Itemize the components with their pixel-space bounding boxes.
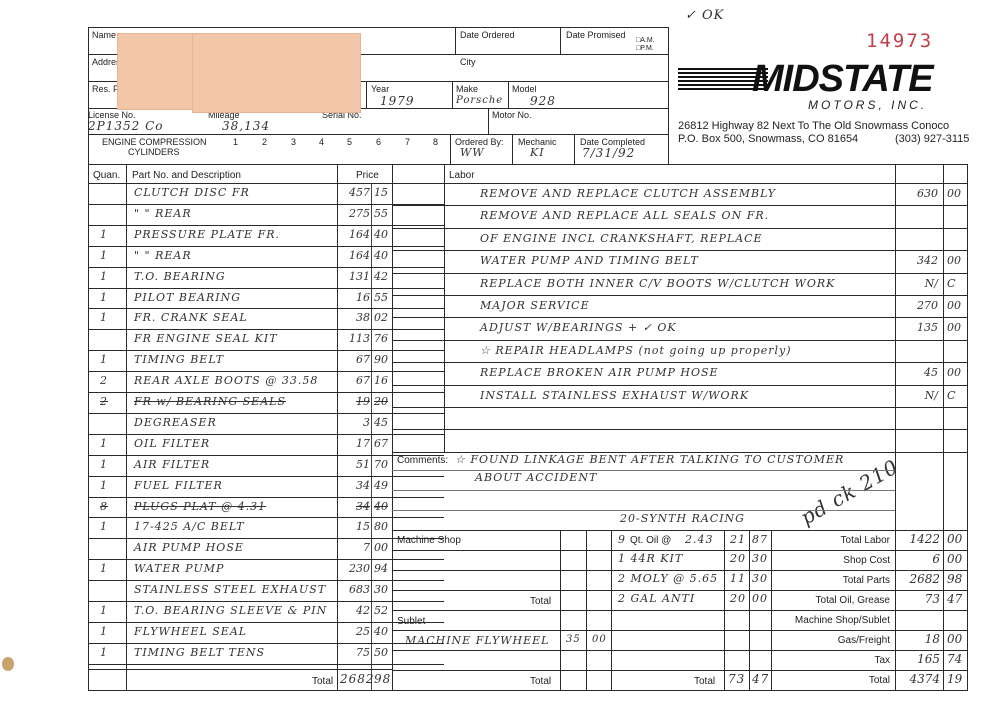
oil-row-2-cents: 30 (752, 572, 768, 585)
part-cents: 55 (374, 291, 388, 304)
part-qty: 1 (100, 311, 108, 324)
labor-dollars: 342 (898, 254, 938, 267)
machine-shop-total-label: Total (530, 596, 551, 607)
part-qty: 2 (100, 374, 108, 387)
part-desc: DEGREASER (134, 416, 217, 429)
machine-shop-label: Machine Shop (397, 535, 461, 546)
summary-cents: 98 (947, 572, 962, 586)
part-cents: 40 (374, 249, 388, 262)
part-dollars: 38 (340, 311, 370, 324)
redaction-patch (192, 33, 361, 113)
part-dollars: 7 (340, 541, 370, 554)
labor-dollars: 135 (898, 321, 938, 334)
oil-row-3-cents: 00 (752, 592, 768, 605)
part-dollars: 75 (340, 646, 370, 659)
labor-dollars: 630 (898, 187, 938, 200)
part-dollars: 42 (340, 604, 370, 617)
summary-cents: 00 (947, 632, 962, 646)
part-desc: AIR PUMP HOSE (134, 541, 244, 554)
part-desc: FR. CRANK SEAL (134, 311, 248, 324)
part-dollars: 16 (340, 291, 370, 304)
labor-desc: ☆ REPAIR HEADLAMPS (not going up properl… (480, 344, 792, 357)
parts-total-label: Total (312, 676, 333, 687)
summary-label: Total Oil, Grease (772, 595, 890, 606)
part-desc: FR ENGINE SEAL KIT (134, 332, 278, 345)
sublet-label: Sublet (397, 616, 425, 627)
summary-dollars: 6 (898, 552, 940, 566)
part-cents: 00 (374, 541, 388, 554)
summary-cents: 47 (947, 592, 962, 606)
part-desc: FR w/ BEARING SEALS (134, 395, 286, 408)
labor-cents: C (947, 277, 955, 290)
model-value: 928 (530, 94, 556, 108)
ok-annotation: ✓ OK (685, 8, 724, 23)
oil-total-dollars: 73 (728, 672, 745, 686)
part-qty: 1 (100, 625, 108, 638)
labor-desc: MAJOR SERVICE (480, 299, 590, 312)
make-value: Porsche (456, 95, 503, 106)
company-logo: MIDSTATE (752, 58, 933, 101)
part-dollars: 113 (340, 332, 370, 345)
company-address-1: 26812 Highway 82 Next To The Old Snowmas… (678, 120, 949, 132)
oil-row-0-dollars: 21 (730, 533, 746, 546)
labor-cents: 00 (947, 321, 961, 334)
oil-row-3-desc: 2 GAL ANTI (618, 592, 695, 605)
sublet-row-dollars: 35 (566, 634, 581, 645)
sublet-row-cents: 00 (592, 634, 607, 645)
name-label: Name (92, 30, 116, 40)
make-label: Make (456, 84, 478, 94)
part-cents: 20 (374, 395, 388, 408)
date-ordered-label: Date Ordered (460, 30, 515, 40)
pm-checkbox[interactable]: □P.M. (636, 45, 654, 52)
cylinder-8: 8 (433, 137, 438, 147)
cylinder-5: 5 (347, 137, 352, 147)
part-dollars: 17 (340, 437, 370, 450)
paper-stain (2, 657, 14, 671)
labor-desc: ADJUST W/BEARINGS + ✓ OK (480, 321, 677, 334)
part-desc: " " REAR (134, 249, 192, 262)
cylinder-6: 6 (376, 137, 381, 147)
summary-label: Machine Shop/Sublet (772, 615, 890, 626)
part-dollars: 19 (340, 395, 370, 408)
part-dollars: 230 (340, 562, 370, 575)
motor-label: Motor No. (492, 110, 532, 120)
part-cents: 50 (374, 646, 388, 659)
summary-cents: 00 (947, 552, 962, 566)
comments-line-1: ☆ FOUND LINKAGE BENT AFTER TALKING TO CU… (455, 453, 844, 466)
part-cents: 42 (374, 270, 388, 283)
part-desc: OIL FILTER (134, 437, 210, 450)
mechanic-value: KI (530, 146, 545, 159)
summary-label: Total Parts (772, 575, 890, 586)
comments-line-2: ABOUT ACCIDENT (475, 471, 597, 484)
part-dollars: 25 (340, 625, 370, 638)
part-cents: 90 (374, 353, 388, 366)
part-cents: 40 (374, 228, 388, 241)
part-desc: CLUTCH DISC FR (134, 186, 250, 199)
part-cents: 40 (374, 500, 388, 513)
part-qty: 1 (100, 353, 108, 366)
part-cents: 16 (374, 374, 388, 387)
part-desc: REAR AXLE BOOTS @ 33.58 (134, 374, 318, 387)
oil-total-label: Total (694, 676, 715, 687)
part-dollars: 457 (340, 186, 370, 199)
summary-dollars: 1422 (898, 532, 940, 546)
summary-label: Total (772, 675, 890, 686)
company-phone: (303) 927-3115 (895, 133, 969, 145)
part-desc: PLUGS PLAT @ 4.31 (134, 500, 266, 513)
part-qty: 1 (100, 228, 108, 241)
part-qty: 1 (100, 562, 108, 575)
part-cents: 45 (374, 416, 388, 429)
oil-row-1-dollars: 20 (730, 552, 746, 565)
part-cents: 55 (374, 207, 388, 220)
labor-cents: C (947, 389, 955, 402)
cylinder-1: 1 (233, 137, 238, 147)
part-dollars: 67 (340, 353, 370, 366)
labor-desc: WATER PUMP AND TIMING BELT (480, 254, 699, 267)
labor-cents: 00 (947, 366, 961, 379)
labor-dollars: 45 (898, 366, 938, 379)
cylinder-4: 4 (319, 137, 324, 147)
oil-row-3-dollars: 20 (730, 592, 746, 605)
part-qty: 1 (100, 291, 108, 304)
oil-printed-label: Qt. Oil @ (630, 535, 671, 546)
summary-dollars: 4374 (898, 672, 940, 686)
part-qty: 1 (100, 249, 108, 262)
date-completed-value: 7/31/92 (582, 146, 635, 160)
part-desc: TIMING BELT TENS (134, 646, 265, 659)
cylinder-2: 2 (262, 137, 267, 147)
part-qty: 1 (100, 458, 108, 471)
oil-qty: 9 (618, 533, 626, 546)
summary-label: Gas/Freight (772, 635, 890, 646)
invoice-number: 14973 (866, 30, 933, 52)
labor-desc: REMOVE AND REPLACE ALL SEALS ON FR. (480, 209, 769, 222)
labor-desc: REMOVE AND REPLACE CLUTCH ASSEMBLY (480, 187, 776, 200)
part-desc: PRESSURE PLATE FR. (134, 228, 280, 241)
part-desc: FUEL FILTER (134, 479, 223, 492)
part-desc: 17-425 A/C BELT (134, 520, 245, 533)
comments-line-4: 20-SYNTH RACING (620, 512, 745, 525)
part-desc: PILOT BEARING (134, 291, 241, 304)
part-desc: AIR FILTER (134, 458, 210, 471)
cylinder-3: 3 (291, 137, 296, 147)
year-value: 1979 (380, 94, 415, 108)
part-cents: 49 (374, 479, 388, 492)
part-cents: 02 (374, 311, 388, 324)
comments-label: Comments: (397, 455, 448, 466)
part-dollars: 275 (340, 207, 370, 220)
sublet-row-desc: MACHINE FLYWHEEL (405, 634, 549, 647)
part-qty: 1 (100, 520, 108, 533)
parts-total-cents: 98 (374, 672, 391, 686)
part-qty: 2 (100, 395, 108, 408)
part-qty: 1 (100, 437, 108, 450)
labor-cents: 00 (947, 187, 961, 200)
mileage-value: 38,134 (222, 119, 270, 133)
oil-row-1-cents: 30 (752, 552, 768, 565)
part-dollars: 51 (340, 458, 370, 471)
labor-desc: REPLACE BROKEN AIR PUMP HOSE (480, 366, 719, 379)
summary-label: Shop Cost (772, 555, 890, 566)
part-cents: 30 (374, 583, 388, 596)
part-dollars: 15 (340, 520, 370, 533)
parts-col-quan: Quan. (93, 170, 120, 181)
part-dollars: 164 (340, 228, 370, 241)
oil-rate: 2.43 (685, 533, 714, 546)
company-address-2: P.O. Box 500, Snowmass, CO 81654 (678, 133, 858, 145)
part-cents: 80 (374, 520, 388, 533)
license-value: 2P1352 Co (88, 119, 163, 133)
ordered-by-value: WW (460, 146, 485, 159)
part-dollars: 34 (340, 479, 370, 492)
summary-label: Total Labor (772, 535, 890, 546)
part-desc: T.O. BEARING SLEEVE & PIN (134, 604, 327, 617)
date-promised-label: Date Promised (566, 30, 626, 40)
part-cents: 67 (374, 437, 388, 450)
oil-row-2-desc: 2 MOLY @ 5.65 (618, 572, 718, 585)
part-dollars: 67 (340, 374, 370, 387)
part-cents: 15 (374, 186, 388, 199)
labor-dollars: N/ (898, 277, 938, 290)
part-desc: STAINLESS STEEL EXHAUST (134, 583, 326, 596)
summary-dollars: 73 (898, 592, 940, 606)
part-qty: 1 (100, 646, 108, 659)
summary-dollars: 2682 (898, 572, 940, 586)
part-desc: WATER PUMP (134, 562, 224, 575)
part-cents: 52 (374, 604, 388, 617)
part-desc: FLYWHEEL SEAL (134, 625, 247, 638)
part-qty: 1 (100, 604, 108, 617)
oil-row-2-dollars: 11 (730, 572, 746, 585)
oil-row-0-cents: 87 (752, 533, 768, 546)
labor-label: Labor (449, 170, 475, 181)
company-subtitle: MOTORS, INC. (808, 98, 927, 112)
part-dollars: 34 (340, 500, 370, 513)
summary-dollars: 165 (898, 652, 940, 666)
part-dollars: 164 (340, 249, 370, 262)
parts-total-dollars: 2682 (340, 672, 375, 686)
summary-cents: 74 (947, 652, 962, 666)
am-checkbox[interactable]: □A.M. (636, 37, 655, 44)
part-dollars: 3 (340, 416, 370, 429)
parts-col-price: Price (356, 170, 379, 181)
summary-label: Tax (772, 655, 890, 666)
summary-cents: 19 (947, 672, 962, 686)
labor-dollars: 270 (898, 299, 938, 312)
part-dollars: 131 (340, 270, 370, 283)
part-desc: TIMING BELT (134, 353, 224, 366)
part-cents: 76 (374, 332, 388, 345)
oil-total-cents: 47 (752, 672, 769, 686)
model-label: Model (512, 84, 537, 94)
labor-cents: 00 (947, 299, 961, 312)
part-qty: 8 (100, 500, 108, 513)
part-qty: 1 (100, 479, 108, 492)
summary-dollars: 18 (898, 632, 940, 646)
labor-cents: 00 (947, 254, 961, 267)
part-desc: " " REAR (134, 207, 192, 220)
labor-desc: REPLACE BOTH INNER C/V BOOTS W/CLUTCH WO… (480, 277, 835, 290)
labor-dollars: N/ (898, 389, 938, 402)
engine-compression-label: ENGINE COMPRESSION (102, 137, 207, 147)
summary-cents: 00 (947, 532, 962, 546)
parts-col-desc: Part No. and Description (132, 170, 241, 181)
cylinder-7: 7 (405, 137, 410, 147)
labor-desc: OF ENGINE INCL CRANKSHAFT, REPLACE (480, 232, 763, 245)
cylinders-label: CYLINDERS (128, 147, 180, 157)
part-cents: 94 (374, 562, 388, 575)
year-label: Year (371, 84, 389, 94)
part-desc: T.O. BEARING (134, 270, 226, 283)
part-qty: 1 (100, 270, 108, 283)
part-cents: 70 (374, 458, 388, 471)
part-cents: 40 (374, 625, 388, 638)
sublet-total-label: Total (530, 676, 551, 687)
part-dollars: 683 (340, 583, 370, 596)
oil-row-1-desc: 1 44R KIT (618, 552, 683, 565)
labor-desc: INSTALL STAINLESS EXHAUST W/WORK (480, 389, 749, 402)
city-label: City (460, 57, 476, 67)
